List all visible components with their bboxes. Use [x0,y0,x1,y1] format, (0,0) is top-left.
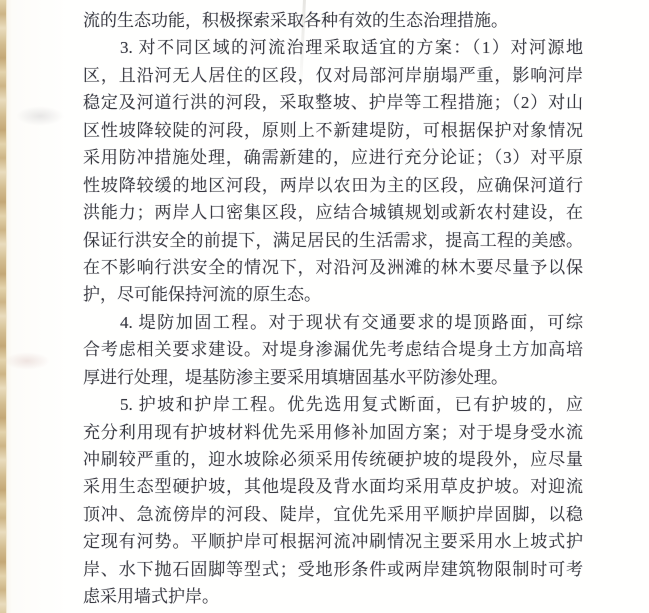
text-line: 洪能力；两岸人口密集区段，应结合城镇规划或新农村建设，在 [83,199,583,226]
text-line: 稳定及河道行洪的河段，采取整坡、护岸等工程措施；（2）对山 [83,89,583,116]
text-line: 5. 护坡和护岸工程。优先选用复式断面，已有护坡的，应 [83,391,583,418]
text-line: 护，尽可能保持河流的原生态。 [83,281,583,308]
text-line: 厚进行处理，堤基防渗主要采用填塘固基水平防渗处理。 [83,364,583,391]
page-edge [0,0,6,613]
text-line: 保证行洪安全的前提下，满足居民的生活需求，提高工程的美感。 [83,227,583,254]
scanned-document-page: 流的生态功能，积极探索采取各种有效的生态治理措施。 3. 对不同区域的河流治理采… [0,0,649,613]
document-text: 流的生态功能，积极探索采取各种有效的生态治理措施。 3. 对不同区域的河流治理采… [83,7,583,611]
text-line: 采用生态型硬护坡，其他堤段及背水面均采用草皮护坡。对迎流 [83,473,583,500]
text-line: 冲刷较严重的，迎水坡除必须采用传统硬护坡的堤段外，应尽量 [83,446,583,473]
text-line: 性坡降较缓的地区河段，两岸以农田为主的区段，应确保河道行 [83,172,583,199]
text-line: 区性坡降较陡的河段，原则上不新建堤防，可根据保护对象情况 [83,117,583,144]
text-line: 流的生态功能，积极探索采取各种有效的生态治理措施。 [83,7,583,34]
text-line: 岸、水下抛石固脚等型式；受地形条件或两岸建筑物限制时可考 [83,556,583,583]
text-line: 3. 对不同区域的河流治理采取适宜的方案：（1）对河源地 [83,34,583,61]
text-line: 定现有河势。平顺护岸可根据河流冲刷情况主要采用水上坡式护 [83,528,583,555]
text-line: 4. 堤防加固工程。对于现状有交通要求的堤顶路面，可综 [83,309,583,336]
text-line: 区，且沿河无人居住的区段，仅对局部河岸崩塌严重，影响河岸 [83,62,583,89]
text-line: 合考虑相关要求建设。对堤身渗漏优先考虑结合堤身土方加高培 [83,336,583,363]
text-line: 顶冲、急流傍岸的河段、陡岸，宜优先采用平顺护岸固脚，以稳 [83,501,583,528]
scan-smudge [4,352,50,370]
text-line: 充分利用现有护坡材料优先采用修补加固方案；对于堤身受水流 [83,419,583,446]
scan-smudge [16,106,64,126]
text-line: 采用防冲措施处理，确需新建的，应进行充分论证；（3）对平原 [83,144,583,171]
text-line: 虑采用墙式护岸。 [83,583,583,610]
text-line: 在不影响行洪安全的情况下，对沿河及洲滩的林木要尽量予以保 [83,254,583,281]
